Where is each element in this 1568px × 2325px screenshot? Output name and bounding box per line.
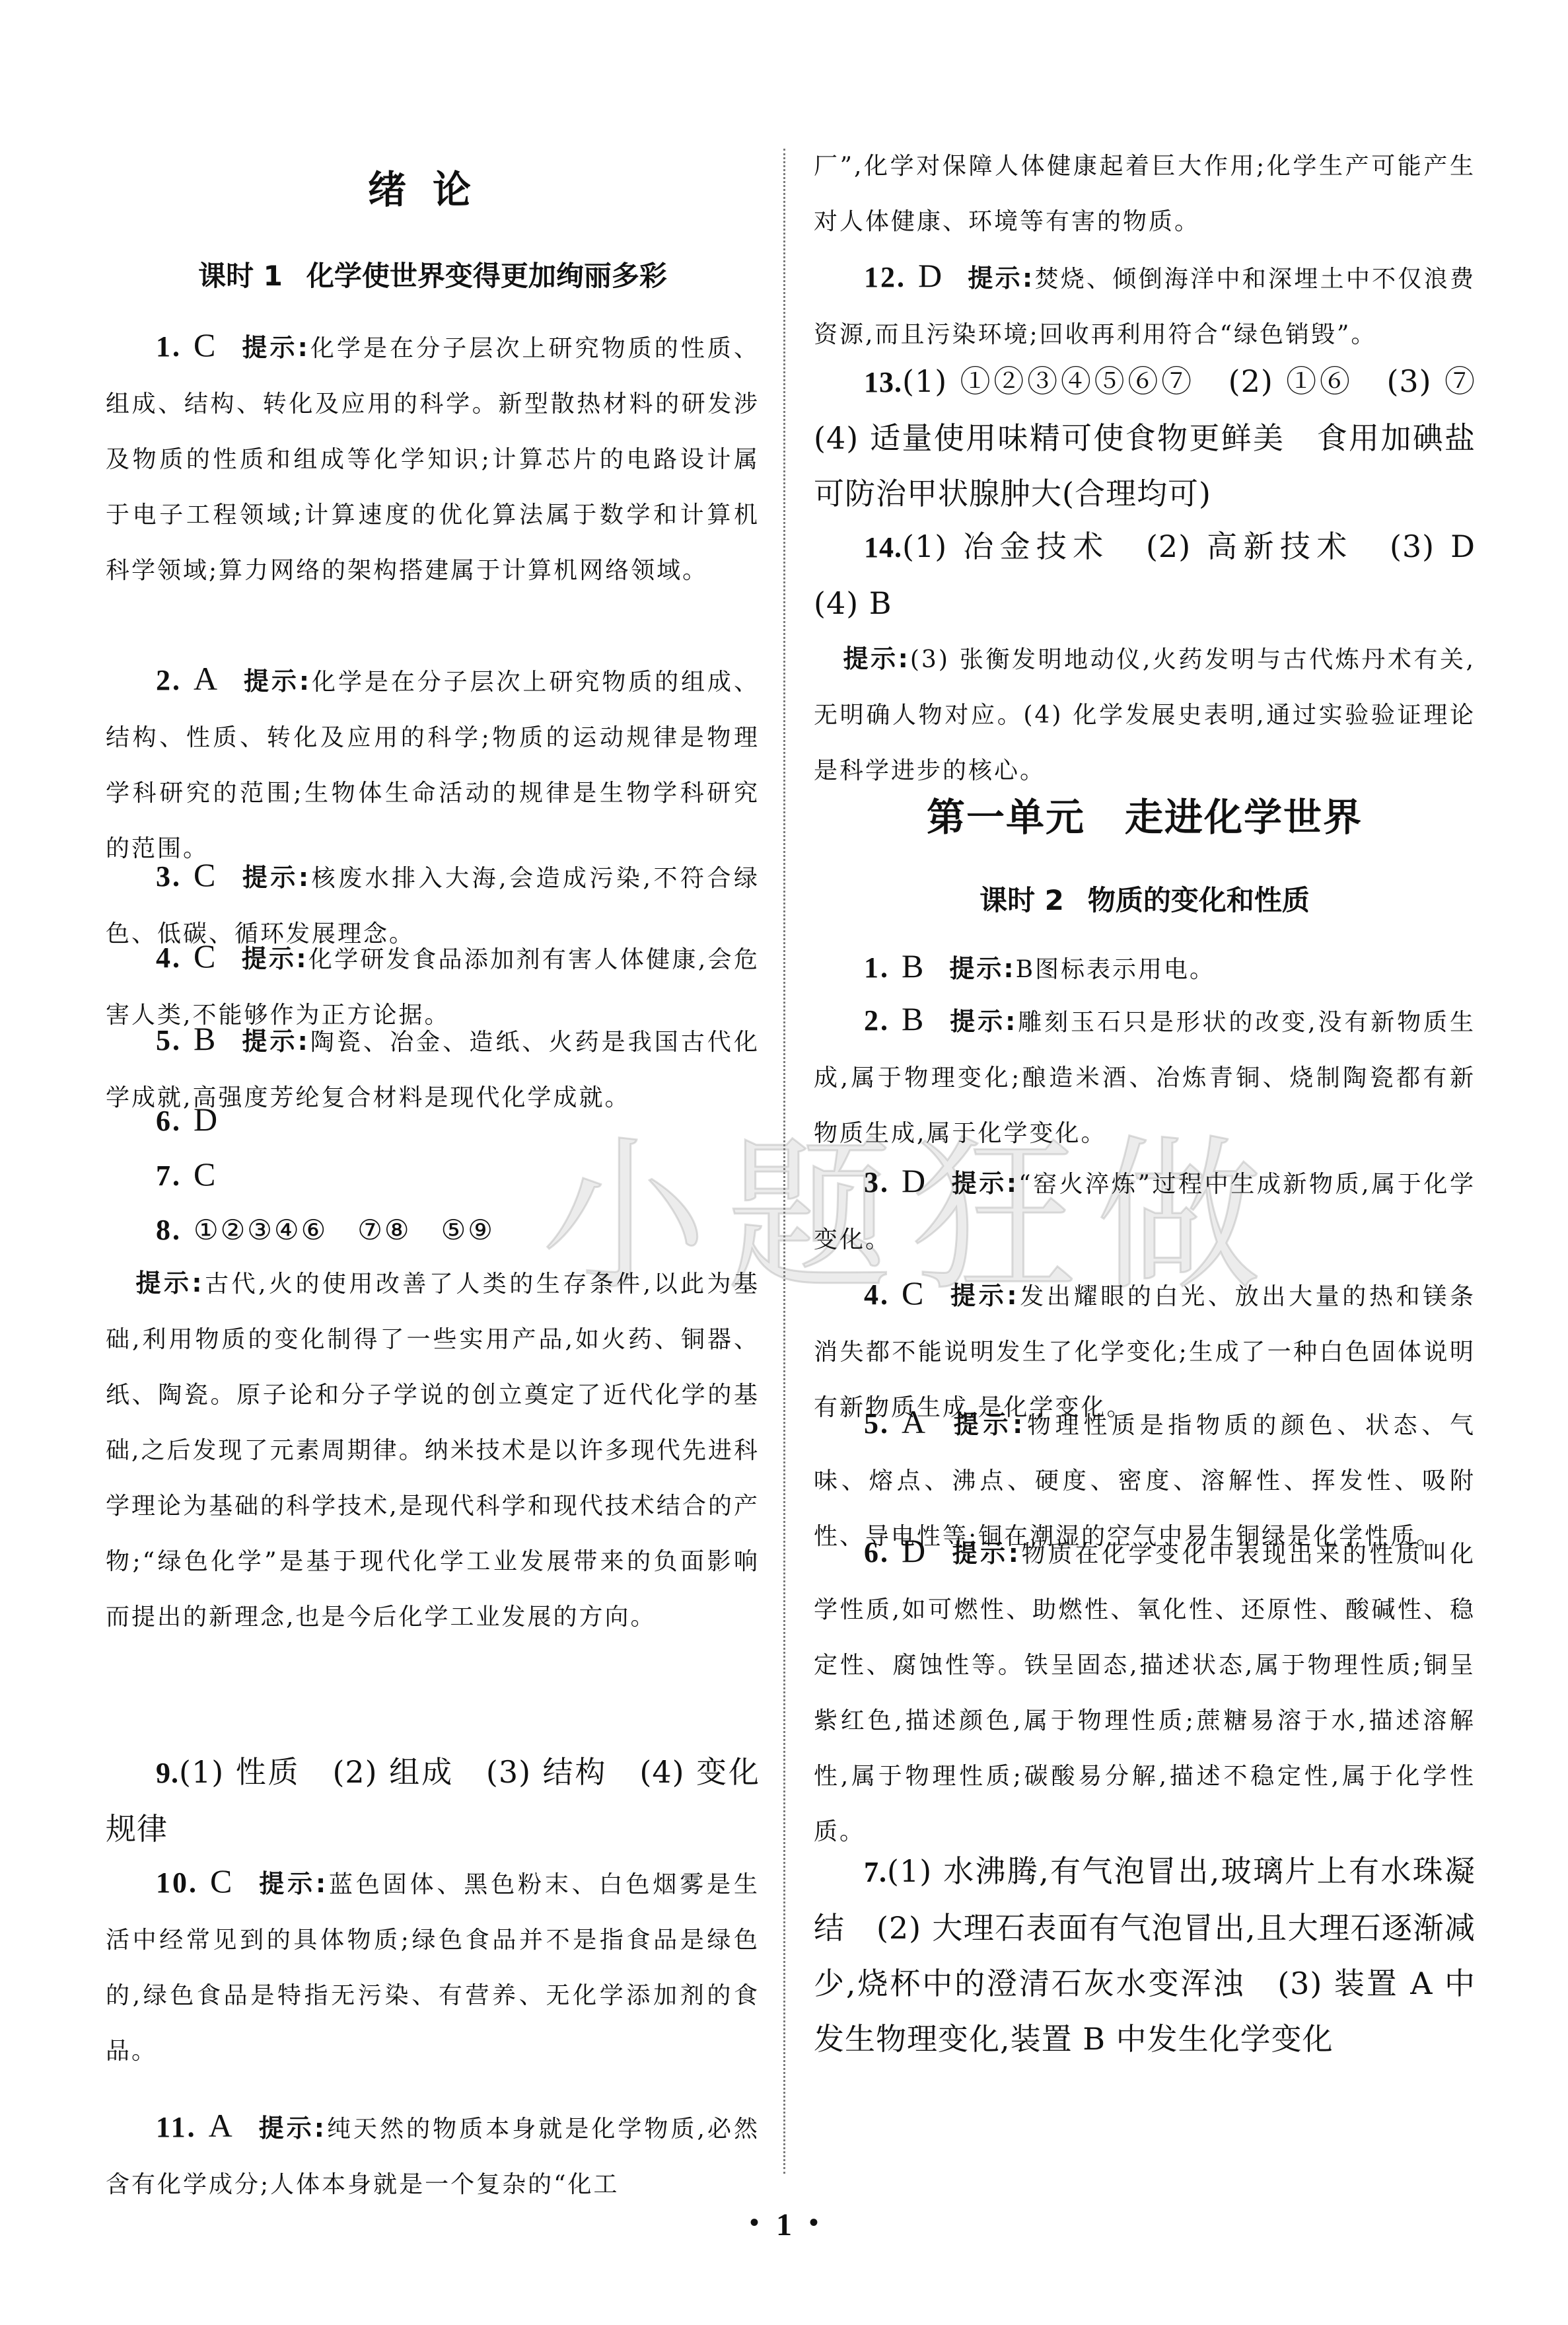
lesson-title: 化学使世界变得更加绚丽多彩: [306, 260, 667, 292]
answer-item: 12.D提示:焚烧、倾倒海洋中和深埋土中不仅浪费资源,而且污染环境;回收再利用符…: [814, 248, 1476, 363]
answer-item: 10.C提示:蓝色固体、黑色粉末、白色烟雾是生活中经常见到的具体物质;绿色食品并…: [106, 1853, 760, 2079]
answer-item: 14.(1) 冶金技术 (2) 高新技术 (3) D (4) B: [814, 519, 1476, 631]
answer-item: 8.①②③④⑥ ⑦⑧ ⑤⑨: [106, 1202, 760, 1260]
answer-item: 7.(1) 水沸腾,有气泡冒出,玻璃片上有水珠凝结 (2) 大理石表面有气泡冒出…: [814, 1843, 1476, 2067]
lesson-number: 课时 2: [980, 884, 1064, 916]
lesson-heading: 课时 1化学使世界变得更加绚丽多彩: [106, 254, 760, 294]
answer-item: 1.C提示:化学是在分子层次上研究物质的性质、组成、结构、转化及应用的科学。新型…: [106, 317, 760, 599]
lesson-title: 物质的变化和性质: [1088, 884, 1310, 916]
answer-item: 7.C: [106, 1146, 760, 1206]
column-divider: [783, 149, 785, 2174]
answer-item: 6.D: [106, 1091, 760, 1151]
answer-item: 6.D提示:物质在化学变化中表现出来的性质叫化学性质,如可燃性、助燃性、氧化性、…: [814, 1523, 1476, 1860]
answer-item: 1.B提示:B图标表示用电。: [814, 938, 1476, 998]
lesson-heading: 课时 2物质的变化和性质: [814, 879, 1476, 918]
answer-item: 11.A提示:纯天然的物质本身就是化学物质,必然含有化学成分;人体本身就是一个复…: [106, 2098, 760, 2213]
lesson-number: 课时 1: [198, 260, 283, 292]
unit-title: 第一单元 走进化学世界: [814, 786, 1476, 842]
answer-item: 9.(1) 性质 (2) 组成 (3) 结构 (4) 变化规律: [106, 1744, 760, 1857]
answer-item: 2.B提示:雕刻玉石只是形状的改变,没有新物质生成,属于物理变化;酿造米酒、冶炼…: [814, 991, 1476, 1162]
answer-hint: 提示:(3) 张衡发明地动仪,火药发明与古代炼丹术有关,无明确人物对应。(4) …: [814, 631, 1476, 799]
answer-item: 13.(1) ①②③④⑤⑥⑦ (2) ①⑥ (3) ⑦ (4) 适量使用味精可使…: [814, 353, 1476, 521]
chapter-title: 绪论: [106, 159, 760, 214]
answer-hint: 提示:古代,火的使用改善了人类的生存条件,以此为基础,利用物质的变化制得了一些实…: [106, 1255, 760, 1645]
continuation-text: 厂”,化学对保障人体健康起着巨大作用;化学生产可能产生对人体健康、环境等有害的物…: [814, 139, 1476, 250]
answer-item: 2.A提示:化学是在分子层次上研究物质的组成、结构、性质、转化及应用的科学;物质…: [106, 651, 760, 877]
page-number: •1•: [0, 2207, 1568, 2243]
answer-item: 3.D提示:“窑火淬炼”过程中生成新物质,属于化学变化。: [814, 1153, 1476, 1268]
